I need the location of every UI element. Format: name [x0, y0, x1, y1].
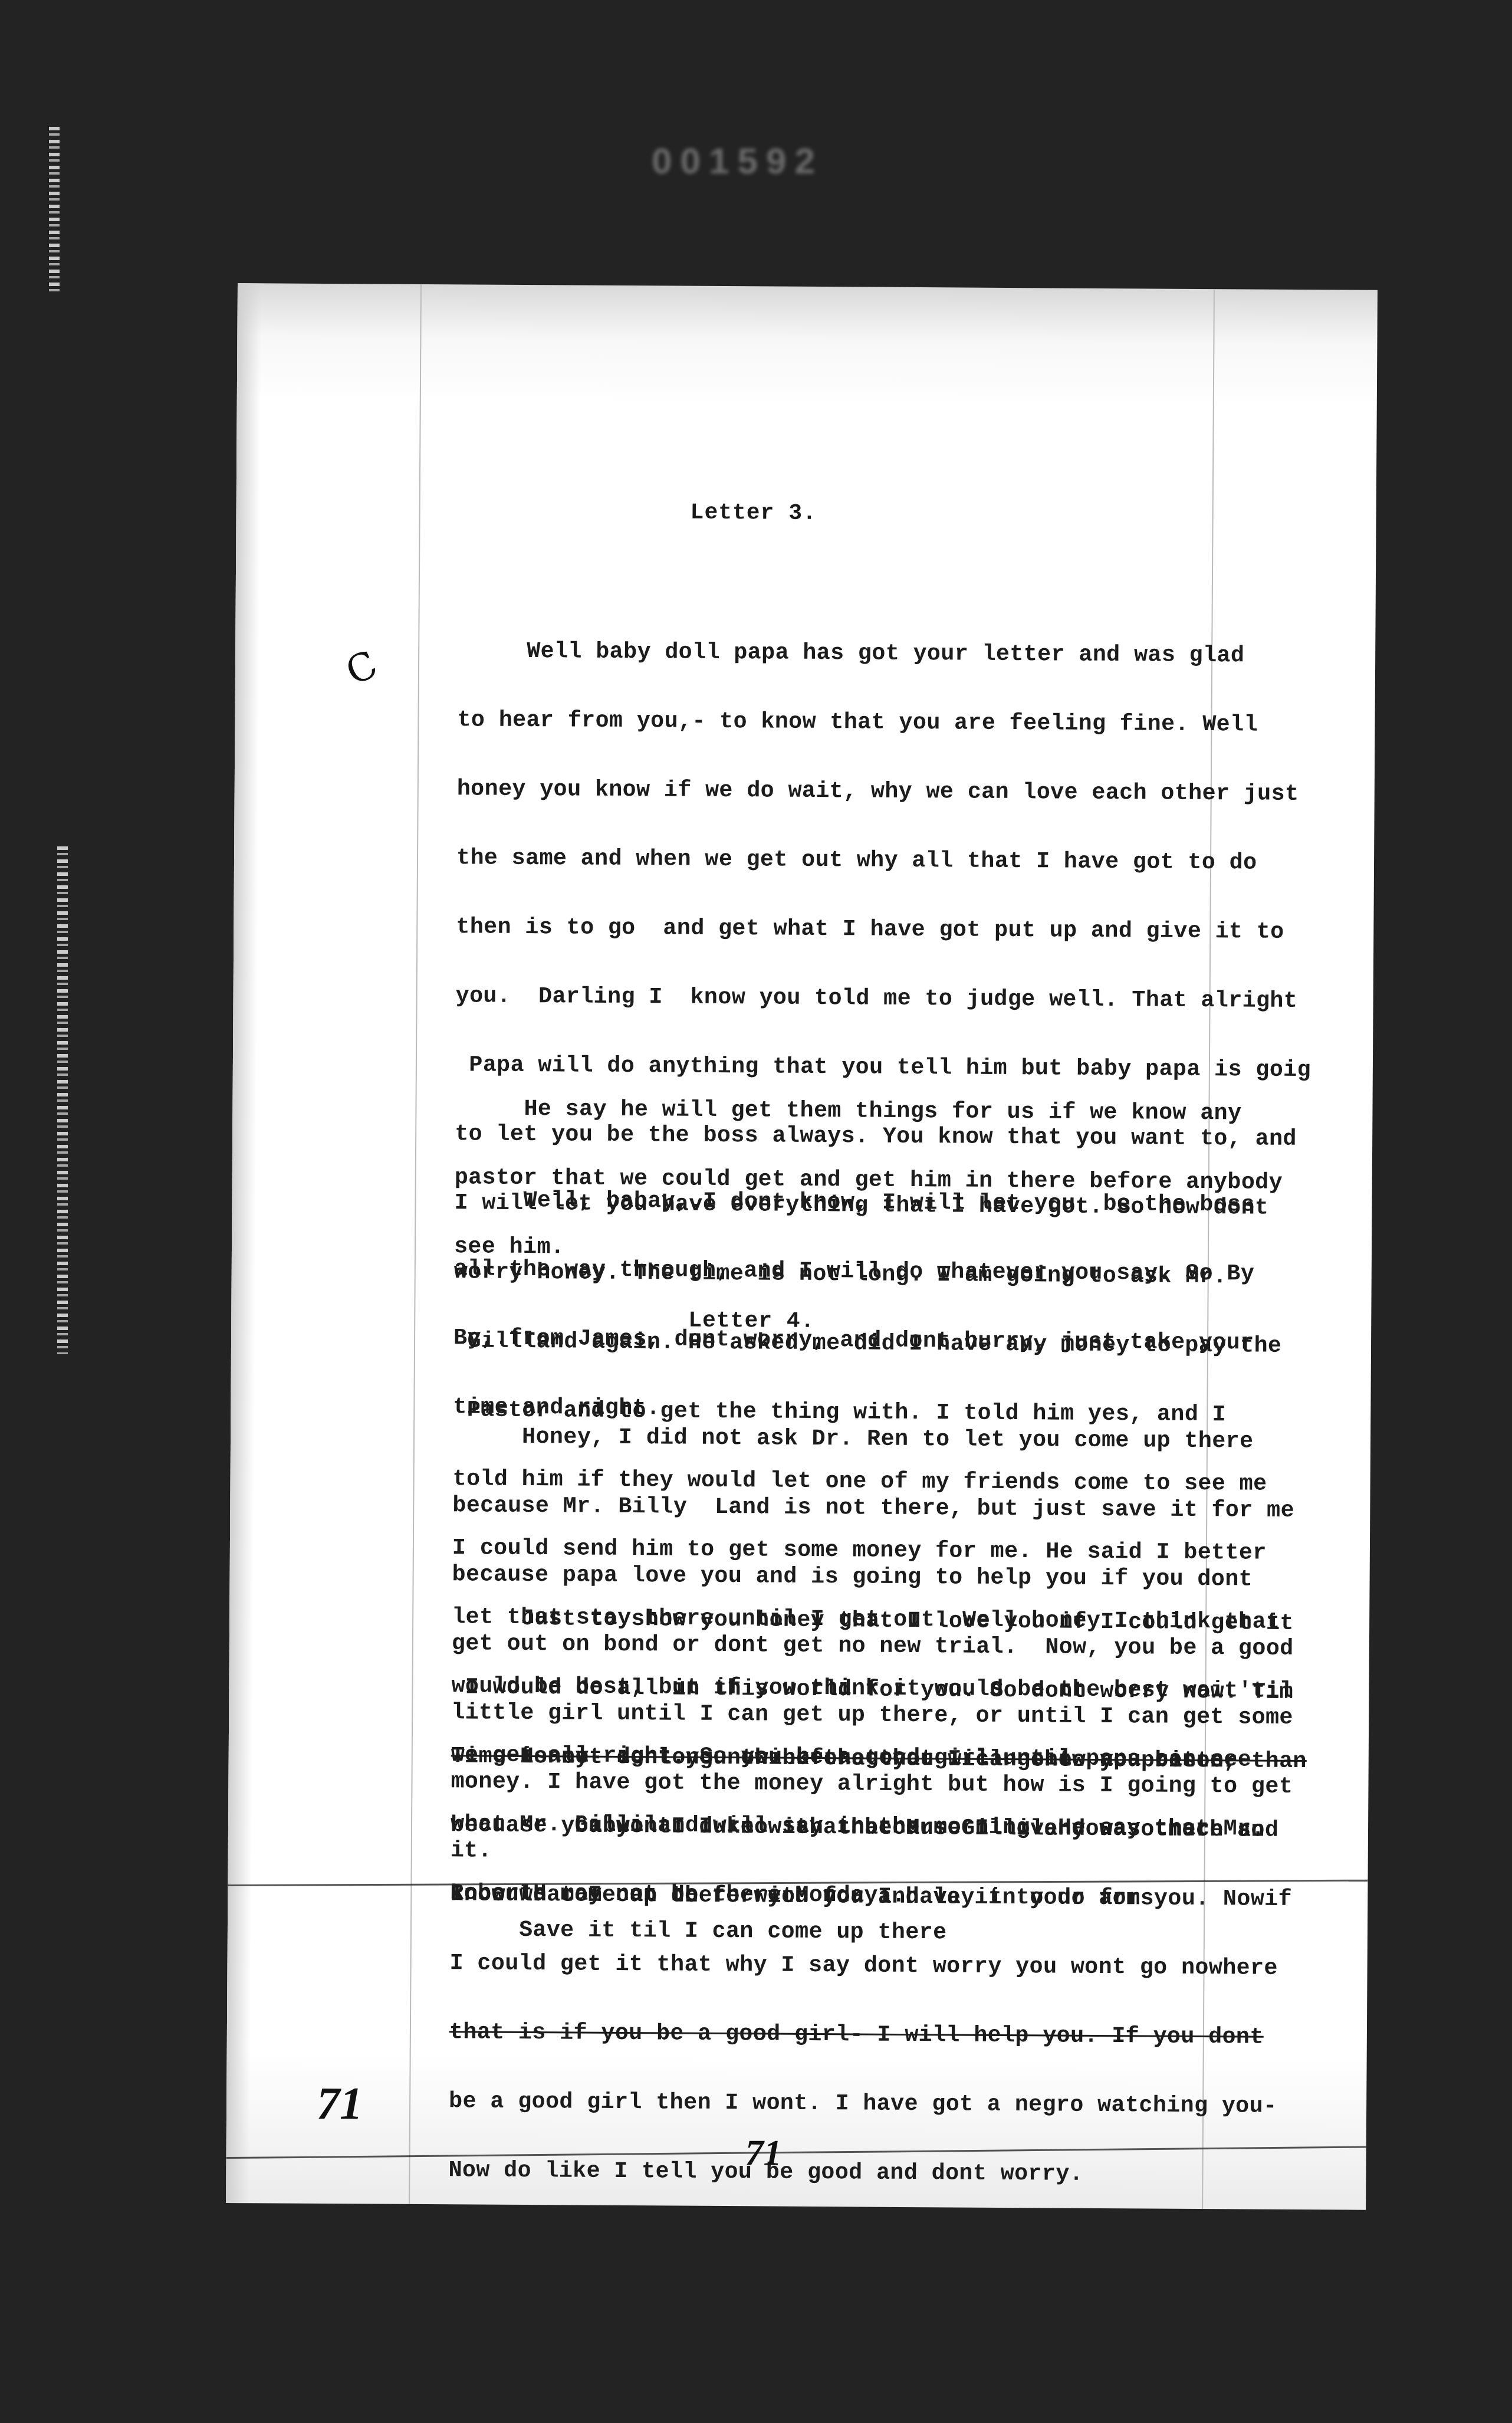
text-line: that is if you be a good girl- I will he…: [449, 2021, 1369, 2050]
text-line: Just to show you honey that I love you i…: [452, 1607, 1372, 1636]
text-line: Well, babay,.I dont know, I will let you…: [454, 1188, 1374, 1217]
text-line: all the way through, and I will do whate…: [454, 1258, 1374, 1286]
text-line: to hear from you,- to know that you are …: [457, 708, 1377, 737]
text-line: Honey, I did not ask Dr. Ren to let you …: [453, 1425, 1373, 1454]
text-line: you. Darling I know you told me to judge…: [456, 984, 1376, 1013]
text-line: the same and when we get out why all tha…: [456, 846, 1376, 875]
text-line: becuase you wont. I know that because I …: [451, 1814, 1370, 1843]
letter-4-title: Letter 4.: [688, 1308, 814, 1334]
text-line: be a good girl then I wont. I have got a…: [449, 2090, 1369, 2119]
handwritten-page-number: 71: [317, 2077, 363, 2130]
handwritten-page-number-bottom: 71: [745, 2132, 781, 2174]
text-line: Honey- dont you think that you will go t…: [451, 1745, 1371, 1774]
letter-3-title: Letter 3.: [691, 500, 817, 526]
fold-crease-left: [409, 284, 422, 2204]
left-edge-noise-top: [49, 127, 60, 292]
text-line: Save it til I can come up there: [450, 1918, 1370, 1947]
margin-handwritten-mark: C: [340, 642, 384, 694]
document-page: C Letter 3. Well baby doll papa has got …: [226, 283, 1378, 2210]
text-line: By,.from James, dont worry, and dont hur…: [453, 1327, 1373, 1355]
text-line: honey you know if we do wait, why we can…: [457, 777, 1377, 806]
letter-4-paragraph-4: Save it til I can come up there: [449, 1872, 1370, 1993]
left-edge-noise-middle: [57, 846, 68, 1354]
text-line: Now do like I tell you be good and dont …: [448, 2159, 1368, 2188]
text-line: because Mr. Billy Land is not there, but…: [452, 1494, 1372, 1523]
scan-stamp-number: 001592: [652, 140, 823, 182]
text-line: then is to go and get what I have got pu…: [456, 915, 1376, 944]
text-line: He say he will get them things for us if…: [455, 1097, 1375, 1126]
text-line: Well baby doll papa has got your letter …: [458, 639, 1378, 668]
